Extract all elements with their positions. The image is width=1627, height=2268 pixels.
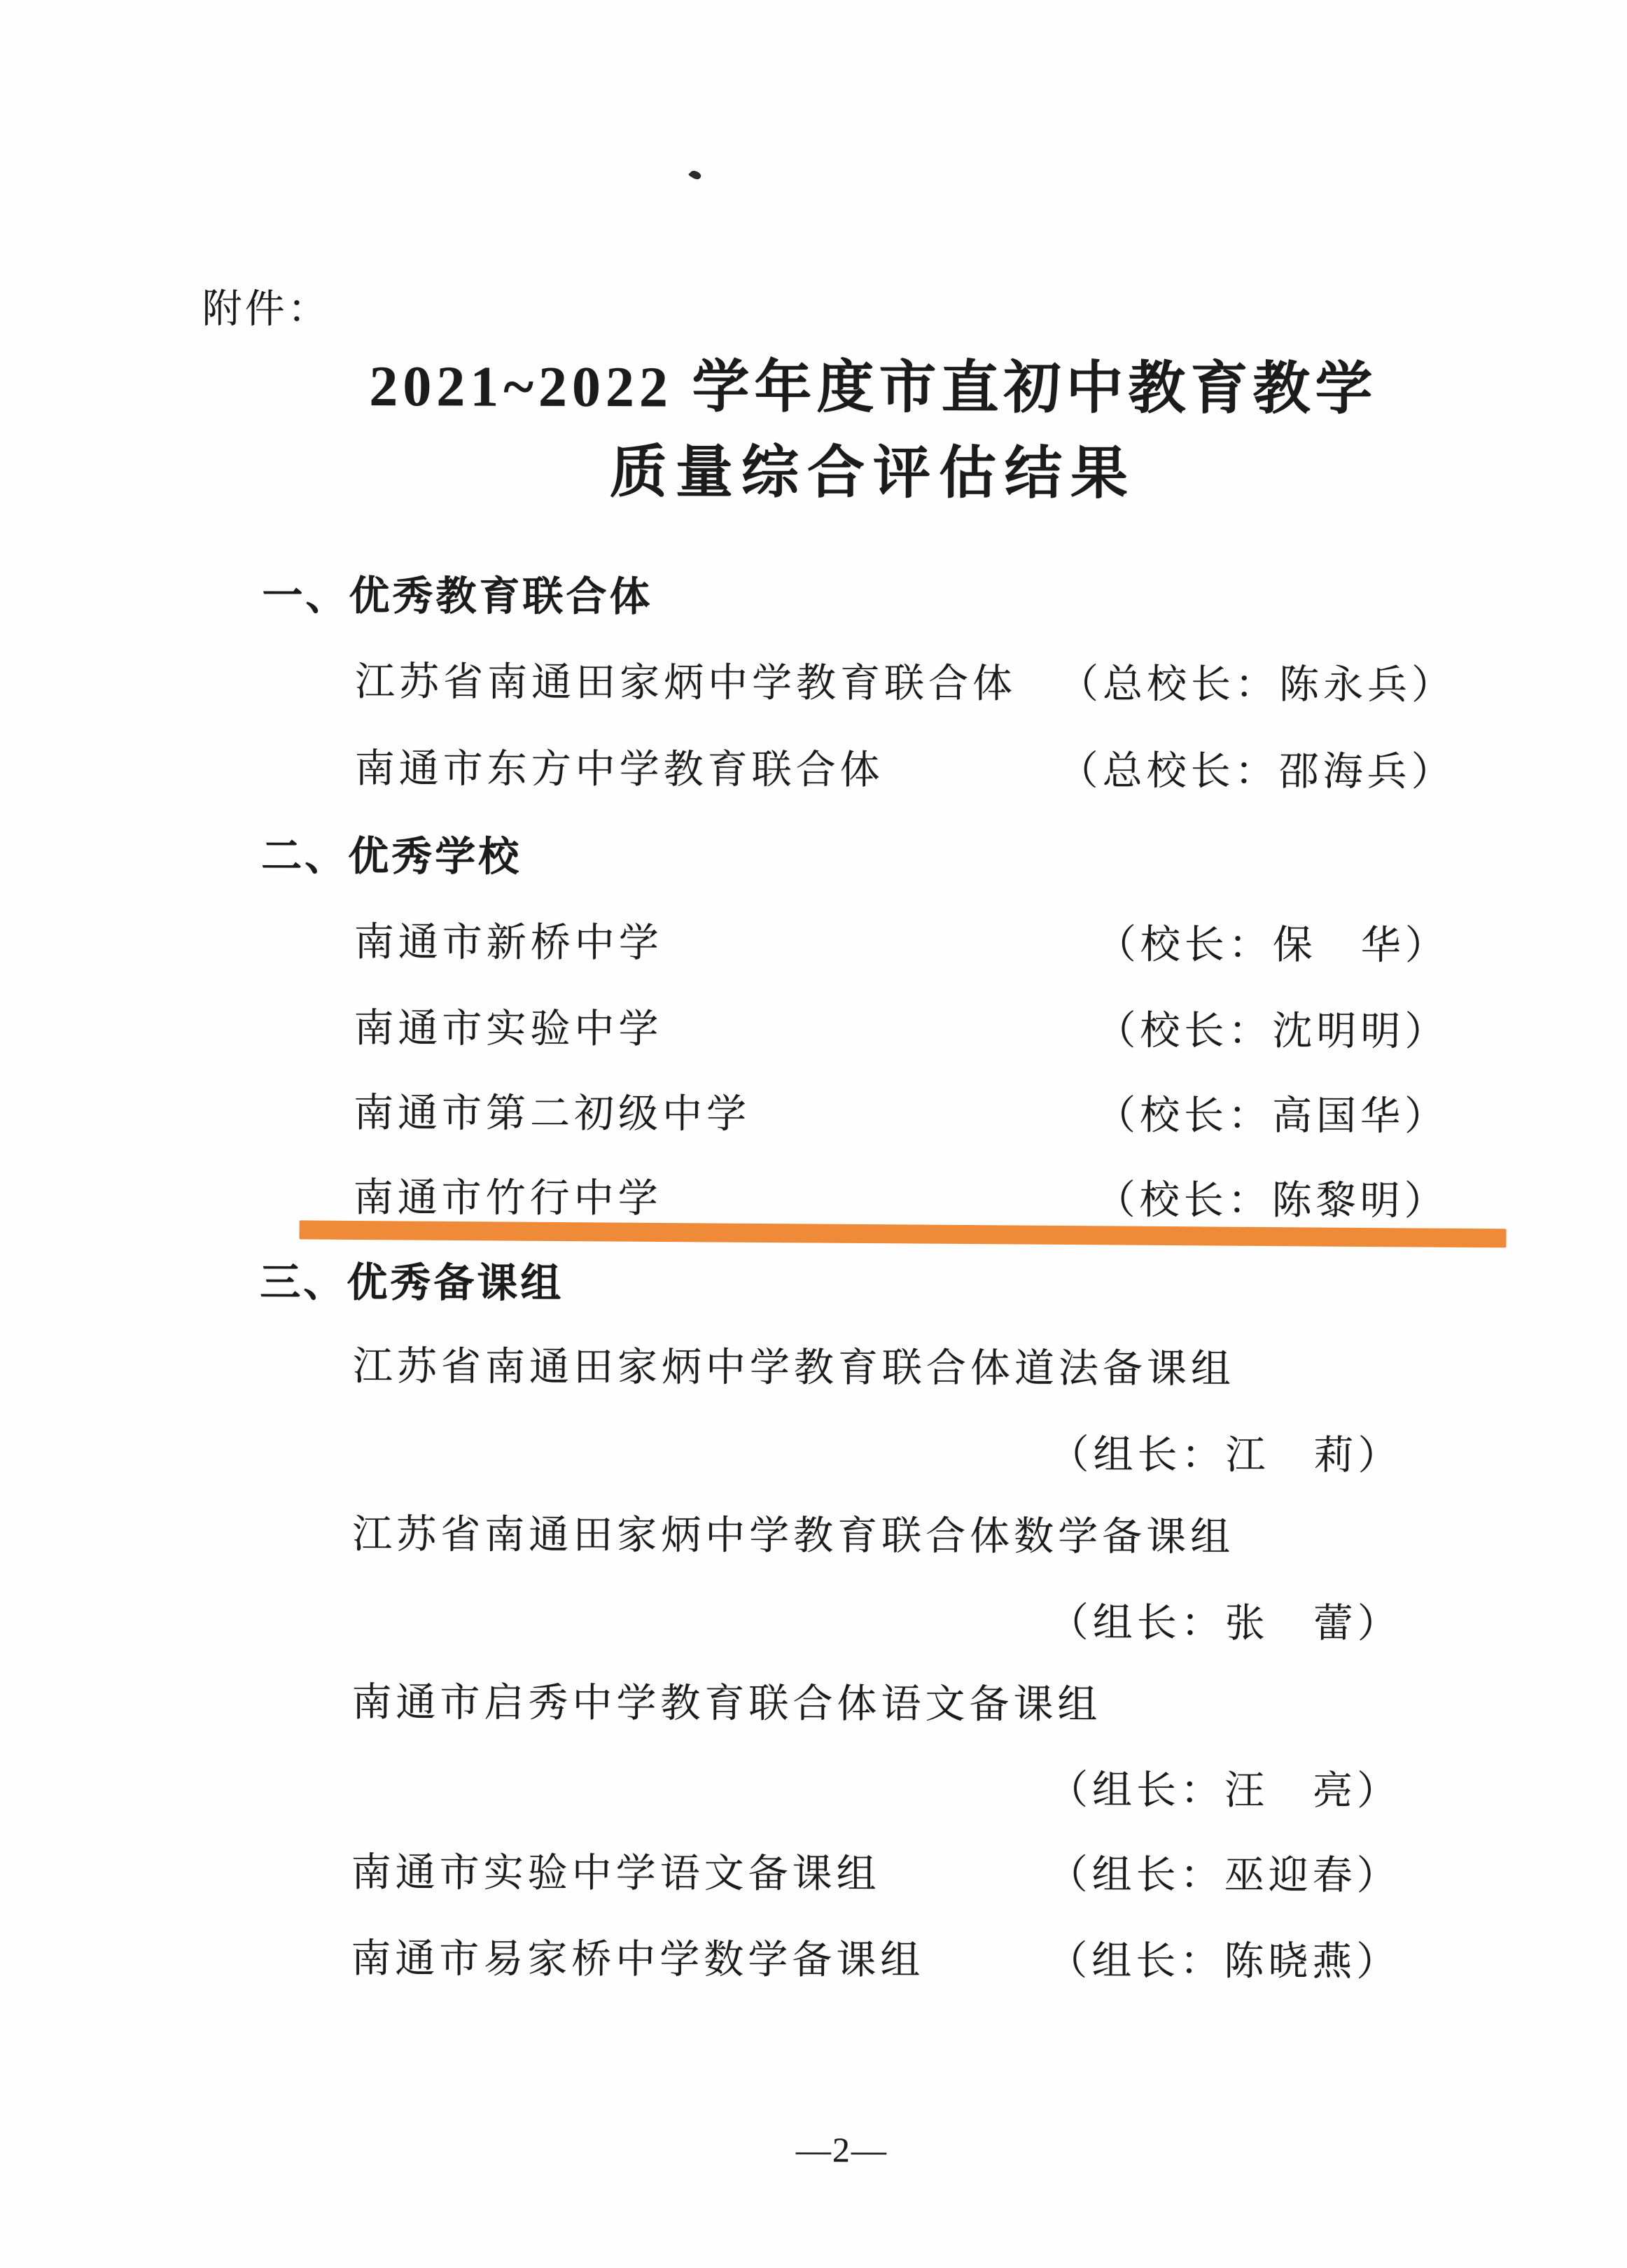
item-name: 南通市第二初级中学 [354, 1081, 750, 1140]
item-name: 南通市东方中学教育联合体 [355, 736, 884, 795]
list-item: 南通市第二初级中学（校长：高国华） [0, 1079, 1627, 1133]
list-item: 南通市东方中学教育联合体（总校长：邵海兵） [1, 735, 1627, 789]
list-item: 江苏省南通田家炳中学教育联合体（总校长：陈永兵） [1, 648, 1627, 702]
attachment-label: 附件： [202, 276, 330, 335]
item-leader-paren: （校长：沈明明） [1096, 998, 1448, 1057]
item-leader-paren: （总校长：陈永兵） [1059, 652, 1455, 710]
item-name: 南通市易家桥中学数学备课组 [351, 1926, 924, 1986]
item-name: 南通市实验中学 [354, 996, 662, 1054]
list-item: 南通市竹行中学（校长：陈黎明） [0, 1164, 1627, 1218]
item-name: 南通市实验中学语文备课组 [351, 1840, 881, 1899]
ink-speck [689, 169, 702, 181]
item-leader-paren: （组长：陈晓燕） [1047, 1928, 1400, 1987]
item-name: 南通市竹行中学 [354, 1165, 662, 1224]
document-title-line-1: 2021~2022 学年度市直初中教育教学 [2, 339, 1627, 426]
list-item: 南通市启秀中学教育联合体语文备课组 [0, 1669, 1626, 1723]
item-leader-paren: （组长：江 莉） [1049, 1422, 1402, 1481]
list-item: 南通市新桥中学（校长：保 华） [1, 909, 1627, 962]
document-content: 附件： 2021~2022 学年度市直初中教育教学 质量综合评估结果 一、优秀教… [0, 0, 1627, 2268]
item-name: 江苏省南通田家炳中学教育联合体 [355, 650, 1017, 709]
list-item: 南通市易家桥中学数学备课组（组长：陈晓燕） [0, 1925, 1624, 1979]
page-number: —2— [0, 2127, 1624, 2172]
item-leader-paren: （校长：保 华） [1096, 912, 1449, 971]
list-item: 江苏省南通田家炳中学教育联合体道法备课组 [0, 1333, 1626, 1387]
item-leader-paren: （组长：汪 亮） [1048, 1758, 1401, 1816]
item-leader-paren: （校长：高国华） [1096, 1083, 1448, 1142]
item-name: 江苏省南通田家炳中学教育联合体道法备课组 [353, 1334, 1235, 1394]
item-leader-paren: （总校长：邵海兵） [1059, 738, 1455, 797]
list-item: 南通市实验中学（校长：沈明明） [0, 995, 1627, 1049]
section-heading: 一、优秀教育联合体 [262, 563, 652, 623]
document-body: 一、优秀教育联合体江苏省南通田家炳中学教育联合体（总校长：陈永兵）南通市东方中学… [4, 0, 1627, 3]
section-heading: 三、优秀备课组 [260, 1249, 564, 1309]
section-heading: 二、优秀学校 [261, 823, 522, 883]
item-name: 江苏省南通田家炳中学教育联合体数学备课组 [352, 1502, 1234, 1562]
item-name: 南通市启秀中学教育联合体语文备课组 [351, 1670, 1101, 1730]
item-leader-paren: （组长：巫迎春） [1048, 1842, 1401, 1901]
item-leader-paren: （校长：陈黎明） [1096, 1168, 1448, 1226]
item-leader-paren: （组长：张 蕾） [1049, 1590, 1402, 1649]
item-name: 南通市新桥中学 [354, 910, 663, 968]
scanned-document-page: 附件： 2021~2022 学年度市直初中教育教学 质量综合评估结果 一、优秀教… [0, 0, 1627, 2268]
list-item: 江苏省南通田家炳中学教育联合体数学备课组 [0, 1501, 1626, 1555]
list-item: 南通市实验中学语文备课组（组长：巫迎春） [0, 1839, 1625, 1893]
document-title-line-2: 质量综合评估结果 [2, 424, 1627, 511]
